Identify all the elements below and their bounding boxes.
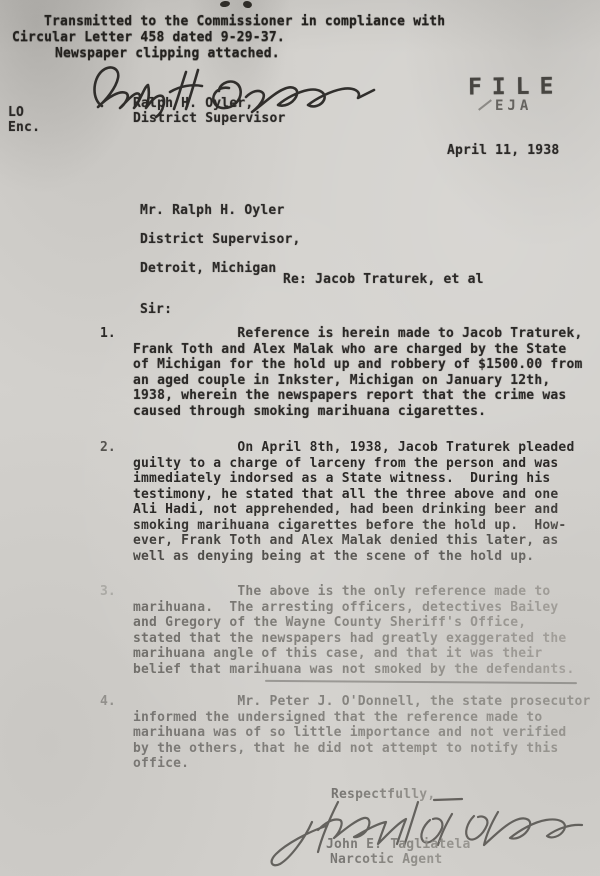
underline-scribble (265, 680, 577, 684)
recipient-block: Mr. Ralph H. Oyler District Supervisor, … (140, 204, 301, 277)
paragraph-3-text: The above is the only reference made to … (133, 584, 574, 677)
file-stamp: FILE (468, 74, 564, 101)
paragraph-2-number: 2. (100, 440, 116, 455)
paragraph-4-text: Mr. Peter J. O'Donnell, the state prosec… (133, 694, 591, 772)
paragraph-4-number: 4. (100, 694, 116, 709)
transmittal-line-1: Transmitted to the Commissioner in compl… (44, 14, 445, 29)
transmittal-line-2: Circular Letter 458 dated 9-29-37. (12, 30, 285, 45)
letter-date: April 11, 1938 (447, 143, 559, 158)
margin-initials: LO (8, 105, 24, 120)
sender-typed-name: Ralph H. Oyler, (133, 96, 253, 111)
recipient-name: Mr. Ralph H. Oyler (140, 203, 284, 218)
recipient-city: Detroit, Michigan (140, 261, 276, 276)
transmittal-line-3: Newspaper clipping attached. (55, 46, 280, 61)
paragraph-1-number: 1. (100, 326, 116, 341)
paragraph-2-text: On April 8th, 1938, Jacob Traturek plead… (133, 440, 574, 564)
paragraph-3-number: 3. (100, 584, 116, 599)
closing-typed-name: John E. Tagliatela (326, 837, 470, 852)
stamp-mark (478, 99, 492, 110)
salutation: Sir: (140, 302, 172, 317)
paragraph-1-text: Reference is herein made to Jacob Tratur… (133, 326, 583, 419)
recipient-title: District Supervisor, (140, 232, 301, 247)
stamp-initials: EJA (495, 98, 532, 114)
enclosure-note: Enc. (8, 120, 40, 135)
ink-blot (220, 0, 231, 7)
subject-line: Re: Jacob Traturek, et al (283, 272, 484, 287)
ink-blot (242, 0, 252, 9)
sender-typed-title: District Supervisor (133, 111, 286, 126)
closing-typed-title: Narcotic Agent (330, 852, 442, 867)
scanned-letter-page: Transmitted to the Commissioner in compl… (0, 0, 600, 876)
